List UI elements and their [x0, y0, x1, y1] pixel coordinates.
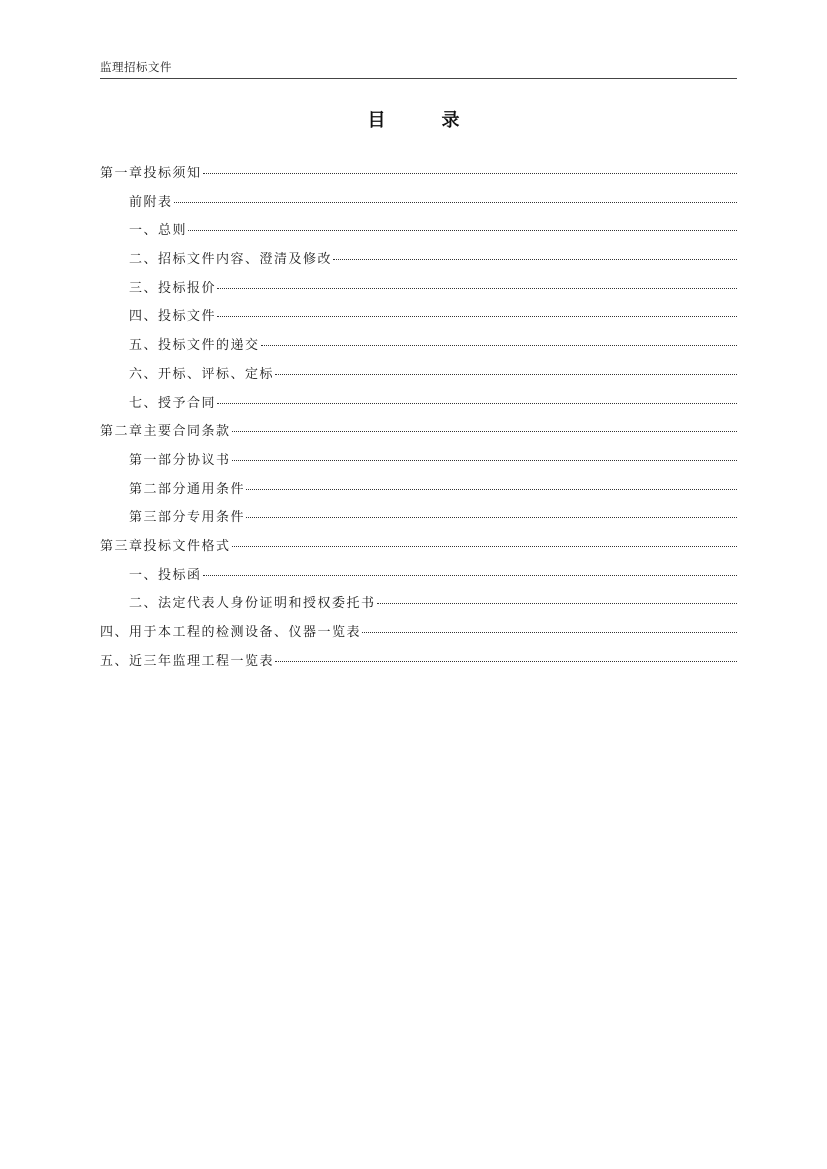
toc-entry-label: 五、投标文件的递交	[129, 336, 260, 356]
toc-entry-label: 四、投标文件	[129, 307, 216, 327]
dot-leader	[217, 402, 737, 404]
toc-entry-label: 三、投标报价	[129, 279, 216, 299]
dot-leader	[203, 574, 737, 576]
toc-entry-label: 五、近三年监理工程一览表	[100, 652, 274, 672]
dot-leader	[174, 201, 737, 203]
toc-entry-front-table[interactable]: 前附表	[100, 193, 737, 222]
toc-entry-label: 六、开标、评标、定标	[129, 365, 274, 385]
dot-leader	[333, 258, 737, 260]
dot-leader	[362, 631, 737, 633]
toc-entry-project-list[interactable]: 五、近三年监理工程一览表	[100, 652, 737, 681]
page-header-title: 监理招标文件	[100, 59, 172, 75]
toc-entry-bid-letter[interactable]: 一、投标函	[100, 566, 737, 595]
dot-leader	[232, 430, 737, 432]
toc-title: 目录	[0, 106, 827, 132]
toc-entry-label: 第一部分协议书	[129, 451, 231, 471]
toc-entry-tender-docs[interactable]: 二、招标文件内容、澄清及修改	[100, 250, 737, 279]
toc-entry-bid-price[interactable]: 三、投标报价	[100, 279, 737, 308]
toc-title-char-1: 目	[368, 106, 386, 132]
toc-entry-label: 第一章投标须知	[100, 164, 202, 184]
toc-entry-chapter-1[interactable]: 第一章投标须知	[100, 164, 737, 193]
dot-leader	[275, 660, 737, 662]
toc-entry-chapter-2[interactable]: 第二章主要合同条款	[100, 422, 737, 451]
toc-entry-label: 二、法定代表人身份证明和授权委托书	[129, 594, 376, 614]
toc-entry-label: 第三部分专用条件	[129, 508, 245, 528]
toc-entry-general-conditions[interactable]: 第二部分通用条件	[100, 480, 737, 509]
toc-entry-label: 第二章主要合同条款	[100, 422, 231, 442]
dot-leader	[203, 172, 737, 174]
dot-leader	[217, 287, 737, 289]
toc-entry-label: 前附表	[129, 193, 173, 213]
page-header: 监理招标文件	[100, 58, 737, 79]
dot-leader	[377, 602, 737, 604]
dot-leader	[217, 315, 737, 317]
toc-entry-award[interactable]: 七、授予合同	[100, 394, 737, 423]
toc-entry-bid-submission[interactable]: 五、投标文件的递交	[100, 336, 737, 365]
dot-leader	[232, 545, 737, 547]
toc-entry-label: 一、投标函	[129, 566, 202, 586]
dot-leader	[275, 373, 737, 375]
toc-entry-equipment-list[interactable]: 四、用于本工程的检测设备、仪器一览表	[100, 623, 737, 652]
toc-entry-evaluation[interactable]: 六、开标、评标、定标	[100, 365, 737, 394]
toc-title-char-2: 录	[442, 106, 460, 132]
dot-leader	[188, 229, 737, 231]
dot-leader	[232, 459, 737, 461]
toc-entry-bid-docs[interactable]: 四、投标文件	[100, 307, 737, 336]
toc-entry-authorization[interactable]: 二、法定代表人身份证明和授权委托书	[100, 594, 737, 623]
dot-leader	[261, 344, 737, 346]
toc-entry-label: 二、招标文件内容、澄清及修改	[129, 250, 332, 270]
dot-leader	[246, 488, 737, 490]
toc-entry-special-conditions[interactable]: 第三部分专用条件	[100, 508, 737, 537]
toc-entry-label: 第三章投标文件格式	[100, 537, 231, 557]
table-of-contents: 第一章投标须知 前附表 一、总则 二、招标文件内容、澄清及修改 三、投标报价 四…	[100, 164, 737, 680]
toc-entry-label: 第二部分通用条件	[129, 480, 245, 500]
dot-leader	[246, 516, 737, 518]
toc-entry-agreement[interactable]: 第一部分协议书	[100, 451, 737, 480]
toc-entry-label: 七、授予合同	[129, 394, 216, 414]
toc-entry-chapter-3[interactable]: 第三章投标文件格式	[100, 537, 737, 566]
toc-entry-general[interactable]: 一、总则	[100, 221, 737, 250]
toc-entry-label: 四、用于本工程的检测设备、仪器一览表	[100, 623, 361, 643]
toc-entry-label: 一、总则	[129, 221, 187, 241]
